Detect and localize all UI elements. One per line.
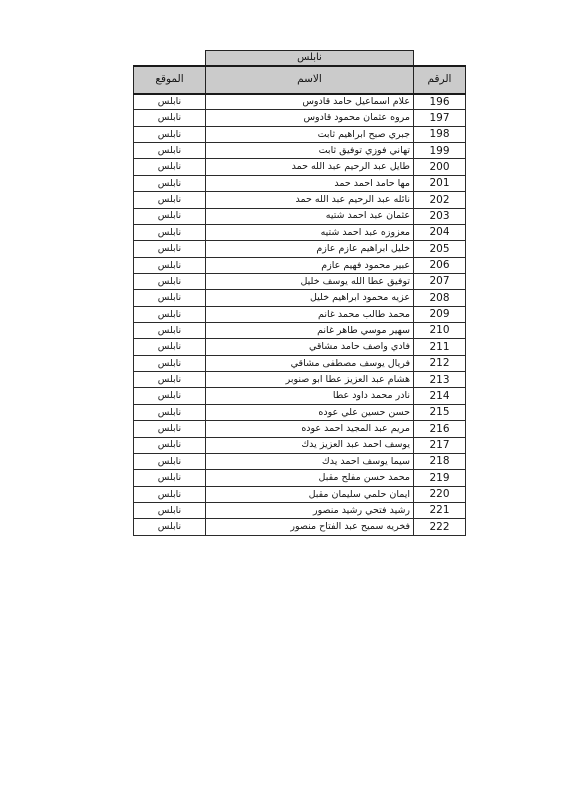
row-number: 215 — [414, 404, 466, 420]
row-name: تهاني فوزي توفيق ثابت — [206, 143, 414, 159]
row-location: نابلس — [134, 470, 206, 486]
row-location: نابلس — [134, 355, 206, 371]
row-number: 214 — [414, 388, 466, 404]
table-row: 197 مروه عثمان محمود قادوس نابلس — [134, 110, 466, 126]
roster-table: نابلس الرقم الاسم الموقع 196 علام اسماعي… — [133, 50, 466, 536]
row-number: 221 — [414, 502, 466, 518]
row-name: جبري صبح ابراهيم ثابت — [206, 126, 414, 142]
row-location: نابلس — [134, 372, 206, 388]
row-location: نابلس — [134, 388, 206, 404]
row-number: 216 — [414, 421, 466, 437]
col-header-name: الاسم — [206, 66, 414, 94]
row-name: ايمان حلمي سليمان مقبل — [206, 486, 414, 502]
table-row: 200 طايل عبد الرحيم عبد الله حمد نابلس — [134, 159, 466, 175]
row-name: خليل ابراهيم عازم عازم — [206, 241, 414, 257]
row-name: علام اسماعيل حامد قادوس — [206, 94, 414, 110]
row-location: نابلس — [134, 257, 206, 273]
row-number: 198 — [414, 126, 466, 142]
row-name: فادي واصف حامد مشاقي — [206, 339, 414, 355]
row-name: محمد طالب محمد غانم — [206, 306, 414, 322]
region-header-cell: نابلس — [206, 51, 414, 66]
table-row: 211 فادي واصف حامد مشاقي نابلس — [134, 339, 466, 355]
table-row: 196 علام اسماعيل حامد قادوس نابلس — [134, 94, 466, 110]
table-row: 220 ايمان حلمي سليمان مقبل نابلس — [134, 486, 466, 502]
row-number: 204 — [414, 224, 466, 240]
row-name: حسن حسين علي عوده — [206, 404, 414, 420]
table-row: 202 نائله عبد الرحيم عبد الله حمد نابلس — [134, 192, 466, 208]
row-location: نابلس — [134, 126, 206, 142]
table-row: 207 توفيق عطا الله يوسف خليل نابلس — [134, 273, 466, 289]
spacer-cell — [414, 51, 466, 66]
row-location: نابلس — [134, 453, 206, 469]
row-number: 220 — [414, 486, 466, 502]
row-location: نابلس — [134, 502, 206, 518]
row-name: هشام عبد العزيز عطا ابو صنوبر — [206, 372, 414, 388]
row-name: عبير محمود فهيم عازم — [206, 257, 414, 273]
row-name: عثمان عبد احمد شتيه — [206, 208, 414, 224]
row-name: توفيق عطا الله يوسف خليل — [206, 273, 414, 289]
row-location: نابلس — [134, 192, 206, 208]
row-number: 203 — [414, 208, 466, 224]
spacer-cell — [134, 51, 206, 66]
row-number: 199 — [414, 143, 466, 159]
row-location: نابلس — [134, 175, 206, 191]
row-number: 202 — [414, 192, 466, 208]
row-number: 212 — [414, 355, 466, 371]
row-name: عزيه محمود ابراهيم خليل — [206, 290, 414, 306]
row-location: نابلس — [134, 306, 206, 322]
row-name: معزوزه عبد احمد شتيه — [206, 224, 414, 240]
row-number: 219 — [414, 470, 466, 486]
row-name: طايل عبد الرحيم عبد الله حمد — [206, 159, 414, 175]
row-name: فريال يوسف مصطفى مشاقي — [206, 355, 414, 371]
row-location: نابلس — [134, 290, 206, 306]
row-location: نابلس — [134, 159, 206, 175]
table-row: 217 يوسف احمد عبد العزيز يدك نابلس — [134, 437, 466, 453]
row-number: 209 — [414, 306, 466, 322]
column-header-row: الرقم الاسم الموقع — [134, 66, 466, 94]
table-row: 206 عبير محمود فهيم عازم نابلس — [134, 257, 466, 273]
row-location: نابلس — [134, 94, 206, 110]
document-page: نابلس الرقم الاسم الموقع 196 علام اسماعي… — [0, 0, 565, 800]
row-number: 201 — [414, 175, 466, 191]
row-number: 206 — [414, 257, 466, 273]
region-header-row: نابلس — [134, 51, 466, 66]
row-location: نابلس — [134, 241, 206, 257]
row-name: يوسف احمد عبد العزيز يدك — [206, 437, 414, 453]
row-name: رشيد فتحي رشيد منصور — [206, 502, 414, 518]
row-number: 218 — [414, 453, 466, 469]
table-body: 196 علام اسماعيل حامد قادوس نابلس 197 مر… — [134, 94, 466, 536]
table-row: 199 تهاني فوزي توفيق ثابت نابلس — [134, 143, 466, 159]
row-number: 210 — [414, 323, 466, 339]
table-row: 203 عثمان عبد احمد شتيه نابلس — [134, 208, 466, 224]
table-row: 212 فريال يوسف مصطفى مشاقي نابلس — [134, 355, 466, 371]
col-header-number: الرقم — [414, 66, 466, 94]
table-row: 209 محمد طالب محمد غانم نابلس — [134, 306, 466, 322]
row-name: مها حامد احمد حمد — [206, 175, 414, 191]
table-row: 222 فخريه سميح عبد الفتاح منصور نابلس — [134, 519, 466, 535]
row-number: 211 — [414, 339, 466, 355]
table-row: 216 مريم عبد المجيد احمد عوده نابلس — [134, 421, 466, 437]
table-row: 204 معزوزه عبد احمد شتيه نابلس — [134, 224, 466, 240]
row-number: 222 — [414, 519, 466, 535]
row-location: نابلس — [134, 421, 206, 437]
row-location: نابلس — [134, 519, 206, 535]
row-name: فخريه سميح عبد الفتاح منصور — [206, 519, 414, 535]
row-name: سهير موسي طاهر غانم — [206, 323, 414, 339]
row-location: نابلس — [134, 224, 206, 240]
row-location: نابلس — [134, 110, 206, 126]
table-row: 215 حسن حسين علي عوده نابلس — [134, 404, 466, 420]
table-row: 218 سيما يوسف احمد يدك نابلس — [134, 453, 466, 469]
row-number: 213 — [414, 372, 466, 388]
row-location: نابلس — [134, 208, 206, 224]
table-row: 198 جبري صبح ابراهيم ثابت نابلس — [134, 126, 466, 142]
table-row: 214 نادر محمد داود عطا نابلس — [134, 388, 466, 404]
row-number: 217 — [414, 437, 466, 453]
row-location: نابلس — [134, 143, 206, 159]
row-location: نابلس — [134, 437, 206, 453]
table-row: 208 عزيه محمود ابراهيم خليل نابلس — [134, 290, 466, 306]
table-row: 205 خليل ابراهيم عازم عازم نابلس — [134, 241, 466, 257]
row-name: سيما يوسف احمد يدك — [206, 453, 414, 469]
row-number: 200 — [414, 159, 466, 175]
row-location: نابلس — [134, 273, 206, 289]
col-header-location: الموقع — [134, 66, 206, 94]
table-row: 201 مها حامد احمد حمد نابلس — [134, 175, 466, 191]
table-row: 221 رشيد فتحي رشيد منصور نابلس — [134, 502, 466, 518]
row-location: نابلس — [134, 323, 206, 339]
row-number: 207 — [414, 273, 466, 289]
row-number: 197 — [414, 110, 466, 126]
row-name: مريم عبد المجيد احمد عوده — [206, 421, 414, 437]
row-location: نابلس — [134, 404, 206, 420]
row-name: نائله عبد الرحيم عبد الله حمد — [206, 192, 414, 208]
row-name: محمد حسن مفلح مقبل — [206, 470, 414, 486]
row-number: 208 — [414, 290, 466, 306]
row-name: مروه عثمان محمود قادوس — [206, 110, 414, 126]
row-number: 196 — [414, 94, 466, 110]
table-row: 210 سهير موسي طاهر غانم نابلس — [134, 323, 466, 339]
row-location: نابلس — [134, 486, 206, 502]
row-number: 205 — [414, 241, 466, 257]
table-row: 219 محمد حسن مفلح مقبل نابلس — [134, 470, 466, 486]
row-name: نادر محمد داود عطا — [206, 388, 414, 404]
row-location: نابلس — [134, 339, 206, 355]
table-row: 213 هشام عبد العزيز عطا ابو صنوبر نابلس — [134, 372, 466, 388]
